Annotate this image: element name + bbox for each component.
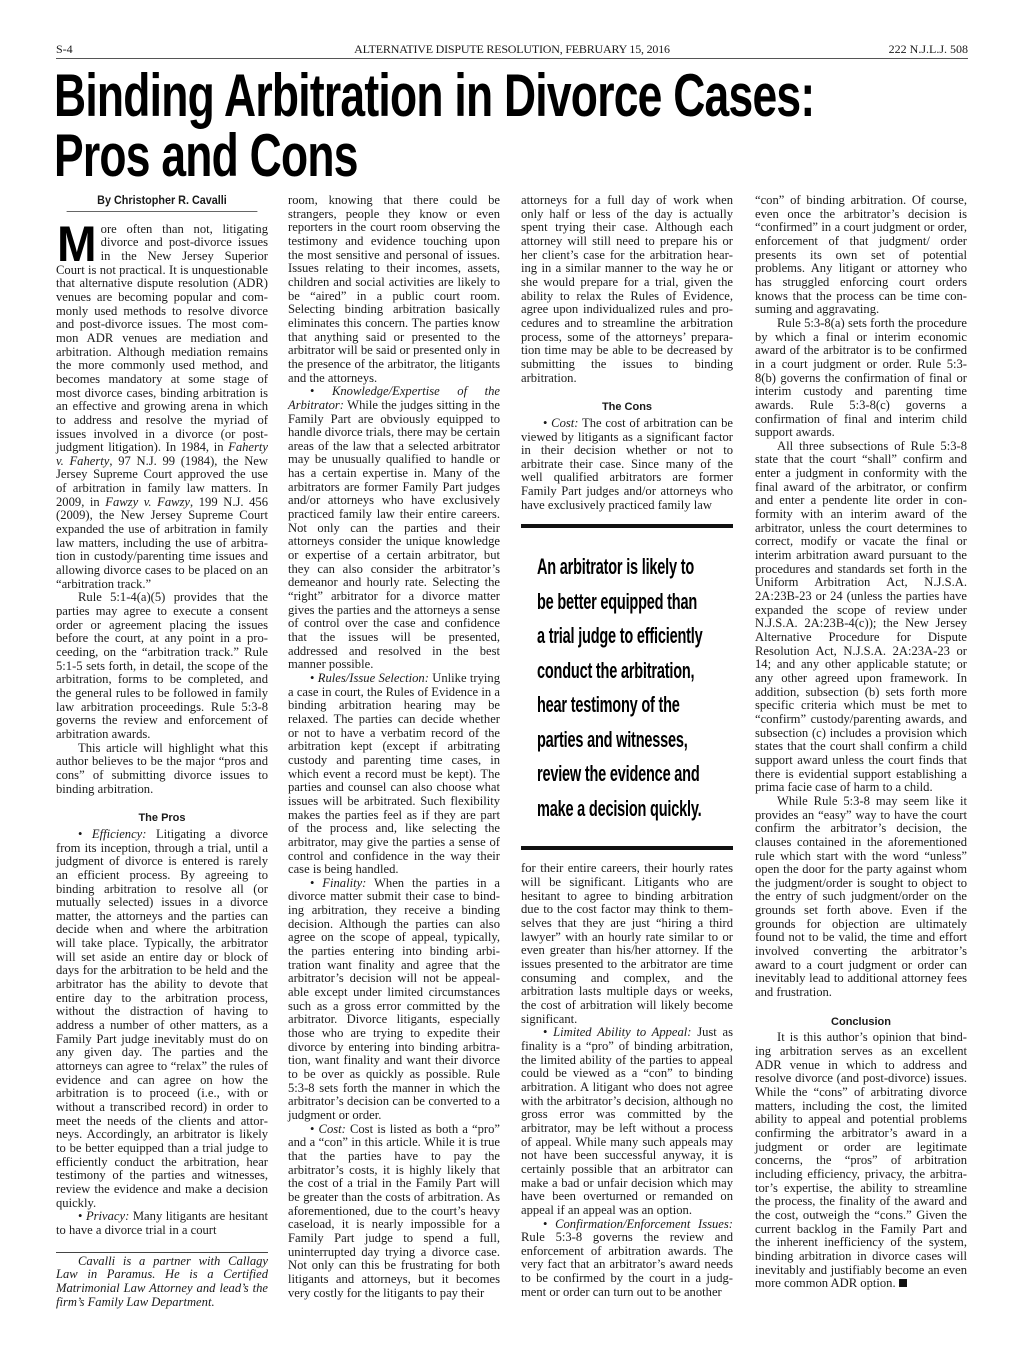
conclusion-heading: Conclusion bbox=[755, 1016, 967, 1030]
cost-pro-continued: attorneys for a full day of work when on… bbox=[521, 194, 733, 385]
pull-quote-line: An arbitrator is likely to bbox=[537, 550, 666, 585]
confirmation-continued: “con” of binding arbitration. Of course,… bbox=[755, 194, 967, 317]
title-line-1: Binding Arbitration in Divorce Cases: bbox=[54, 66, 720, 126]
confirmation-paragraph: • Confirmation/Enforcement Issues: Rule … bbox=[521, 1218, 733, 1300]
pull-quote-line: review the evidence and bbox=[537, 757, 666, 792]
easy-way-paragraph: While Rule 5:3-8 may seem like it provid… bbox=[755, 795, 967, 1000]
bullet-label: Cost: bbox=[551, 416, 578, 430]
cost-con-continued: for their entire careers, their hourly r… bbox=[521, 862, 733, 1026]
column-1: By Christopher R. Cavalli More often tha… bbox=[56, 194, 268, 1309]
column-2: room, knowing that there could be strang… bbox=[288, 194, 500, 1300]
article-title: Binding Arbitration in Divorce Cases: Pr… bbox=[54, 66, 720, 186]
rule-a-paragraph: Rule 5:3-8(a) sets forth the proce­dure … bbox=[755, 317, 967, 440]
byline: By Christopher R. Cavalli bbox=[67, 194, 258, 212]
rules-paragraph: • Rules/Issue Selection: Unlike trying a… bbox=[288, 672, 500, 877]
conclusion-paragraph: It is this author’s opinion that bind­in… bbox=[755, 1031, 967, 1290]
bullet-label: Confirmation/Enforcement Issues: bbox=[555, 1217, 733, 1231]
column-3: attorneys for a full day of work when on… bbox=[521, 194, 733, 1299]
section-date: ALTERNATIVE DISPUTE RESOLUTION, FEBRUARY… bbox=[56, 42, 968, 57]
bullet-label: Efficiency: bbox=[92, 827, 147, 841]
cost-pro-paragraph: • Cost: Cost is listed as both a “pro” a… bbox=[288, 1123, 500, 1301]
finality-paragraph: • Finality: When the parties in a divorc… bbox=[288, 877, 500, 1123]
privacy-continued: room, knowing that there could be strang… bbox=[288, 194, 500, 385]
overview-paragraph: This article will highlight what this au… bbox=[56, 742, 268, 797]
pull-quote-line: parties and witnesses, bbox=[537, 723, 666, 758]
bullet-label: Limited Ability to Appeal: bbox=[553, 1025, 691, 1039]
pull-quote-line: conduct the arbitration, bbox=[537, 654, 666, 689]
privacy-paragraph: • Privacy: Many litigants are hesi­tant … bbox=[56, 1210, 268, 1237]
pull-quote-line: a trial judge to efficiently bbox=[537, 619, 666, 654]
column-4: “con” of binding arbitration. Of course,… bbox=[755, 194, 967, 1291]
case-citation: Fawzy v. Fawzy bbox=[105, 495, 190, 509]
pull-quote-line: make a decision quickly. bbox=[537, 792, 666, 827]
cons-heading: The Cons bbox=[521, 401, 733, 415]
rule-paragraph: Rule 5:1-4(a)(5) provides that the parti… bbox=[56, 591, 268, 741]
drop-cap: M bbox=[57, 225, 97, 263]
knowledge-paragraph: • Knowledge/Expertise of the Arbitrator:… bbox=[288, 385, 500, 672]
pull-quote-line: be better equipped than bbox=[537, 585, 666, 620]
cost-con-paragraph: • Cost: The cost of arbitration can be v… bbox=[521, 417, 733, 513]
intro-paragraph: More often than not, litigating divorce … bbox=[56, 223, 268, 592]
bullet-label: Finality: bbox=[322, 876, 366, 890]
bullet-label: Cost: bbox=[319, 1122, 346, 1136]
pros-heading: The Pros bbox=[56, 812, 268, 826]
end-mark-icon bbox=[899, 1279, 907, 1287]
appeal-paragraph: • Limited Ability to Appeal: Just as fin… bbox=[521, 1026, 733, 1217]
title-line-2: Pros and Cons bbox=[54, 126, 720, 186]
author-bio: Cavalli is a partner with Callagy Law in… bbox=[56, 1255, 268, 1310]
subsections-paragraph: All three subsections of Rule 5:3-8 stat… bbox=[755, 440, 967, 795]
pull-quote: An arbitrator is likely to be better equ… bbox=[521, 524, 733, 850]
running-header: S-4 ALTERNATIVE DISPUTE RESOLUTION, FEBR… bbox=[56, 40, 968, 59]
bullet-label: Rules/Issue Selection: bbox=[318, 671, 429, 685]
author-bio-divider: Cavalli is a partner with Callagy Law in… bbox=[56, 1252, 268, 1310]
bullet-label: Privacy: bbox=[86, 1209, 129, 1223]
efficiency-paragraph: • Efficiency: Litigating a divorce from … bbox=[56, 828, 268, 1210]
journal-citation: 222 N.J.L.J. 508 bbox=[889, 42, 968, 57]
pull-quote-line: hear testimony of the bbox=[537, 688, 666, 723]
